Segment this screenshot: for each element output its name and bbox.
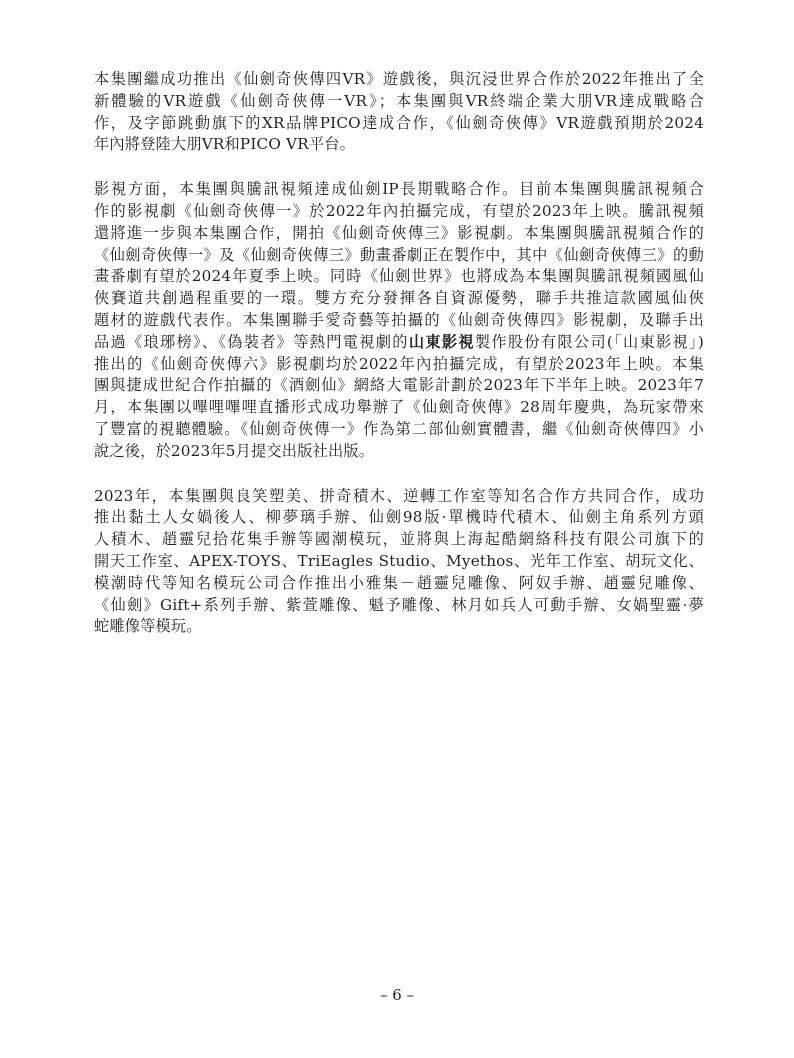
text-line: 新體驗的VR遊戲《仙劍奇俠傳一VR》；本集團與VR終端企業大朋VR達成戰略合 <box>94 91 704 113</box>
text-line: 說之後，於2023年5月提交出版社出版。 <box>94 441 704 463</box>
paragraph-vr-games: 本集團繼成功推出《仙劍奇俠傳四VR》遊戲後，與沉浸世界合作於2022年推出了全 … <box>94 69 704 156</box>
text-line: 本集團繼成功推出《仙劍奇俠傳四VR》遊戲後，與沉浸世界合作於2022年推出了全 <box>94 69 704 91</box>
text-line: 模潮時代等知名模玩公司合作推出小雅集－趙靈兒雕像、阿奴手辦、趙靈兒雕像、 <box>94 573 704 595</box>
text-line: 俠賽道共創過程重要的一環。雙方充分發揮各自資源優勢，聯手共推這款國風仙俠 <box>94 288 704 310</box>
text-line: 開天工作室、APEX-TOYS、TriEagles Studio、Myethos… <box>94 551 704 573</box>
page-number: – 6 – <box>0 986 794 1004</box>
text-line: 作，及字節跳動旗下的XR品牌PICO達成合作，《仙劍奇俠傳》VR遊戲預期於202… <box>94 113 704 135</box>
text-line: 蛇雕像等模玩。 <box>94 616 704 638</box>
text-line: 影視方面，本集團與騰訊視頻達成仙劍IP長期戰略合作。目前本集團與騰訊視頻合 <box>94 179 704 201</box>
text-line: 《仙劍》Gift+系列手辦、紫萱雕像、魁予雕像、林月如兵人可動手辦、女媧聖靈·夢 <box>94 595 704 617</box>
defined-term: 山東影視 <box>409 333 475 351</box>
text-line-with-bold-term: 品過《琅琊榜》、《偽裝者》等熱門電視劇的山東影視製作股份有限公司(「山東影視」) <box>94 332 704 354</box>
paragraph-film-tv: 影視方面，本集團與騰訊視頻達成仙劍IP長期戰略合作。目前本集團與騰訊視頻合 作的… <box>94 179 704 462</box>
text-line: 2023年，本集團與良笑塑美、拼奇積木、逆轉工作室等知名合作方共同合作，成功 <box>94 486 704 508</box>
text-line: 人積木、趙靈兒拾花集手辦等國潮模玩，並將與上海起酷網絡科技有限公司旗下的 <box>94 529 704 551</box>
text-line: 作的影視劇《仙劍奇俠傳一》於2022年內拍攝完成，有望於2023年上映。騰訊視頻 <box>94 201 704 223</box>
document-body: 本集團繼成功推出《仙劍奇俠傳四VR》遊戲後，與沉浸世界合作於2022年推出了全 … <box>94 69 704 661</box>
paragraph-merchandise: 2023年，本集團與良笑塑美、拼奇積木、逆轉工作室等知名合作方共同合作，成功 推… <box>94 486 704 639</box>
text-line: 推出黏土人女媧後人、柳夢璃手辦、仙劍98版·單機時代積木、仙劍主角系列方頭 <box>94 507 704 529</box>
text-line: 《仙劍奇俠傳一》及《仙劍奇俠傳三》動畫番劇正在製作中，其中《仙劍奇俠傳三》的動 <box>94 245 704 267</box>
text-line: 年內將登陸大朋VR和PICO VR平台。 <box>94 134 704 156</box>
text-line: 月，本集團以嗶哩嗶哩直播形式成功舉辦了《仙劍奇俠傳》28周年慶典，為玩家帶來 <box>94 397 704 419</box>
text-line: 還將進一步與本集團合作，開拍《仙劍奇俠傳三》影視劇。本集團與騰訊視頻合作的 <box>94 223 704 245</box>
text-line: 題材的遊戲代表作。本集團聯手愛奇藝等拍攝的《仙劍奇俠傳四》影視劇，及聯手出 <box>94 310 704 332</box>
text-line: 畫番劇有望於2024年夏季上映。同時《仙劍世界》也將成為本集團與騰訊視頻國風仙 <box>94 266 704 288</box>
text-line: 了豐富的視聽體驗。《仙劍奇俠傳一》作為第二部仙劍實體書，繼《仙劍奇俠傳四》小 <box>94 419 704 441</box>
text-line: 推出的《仙劍奇俠傳六》影視劇均於2022年內拍攝完成，有望於2023年上映。本集 <box>94 354 704 376</box>
text-line: 團與捷成世紀合作拍攝的《酒劍仙》網絡大電影計劃於2023年下半年上映。2023年… <box>94 375 704 397</box>
